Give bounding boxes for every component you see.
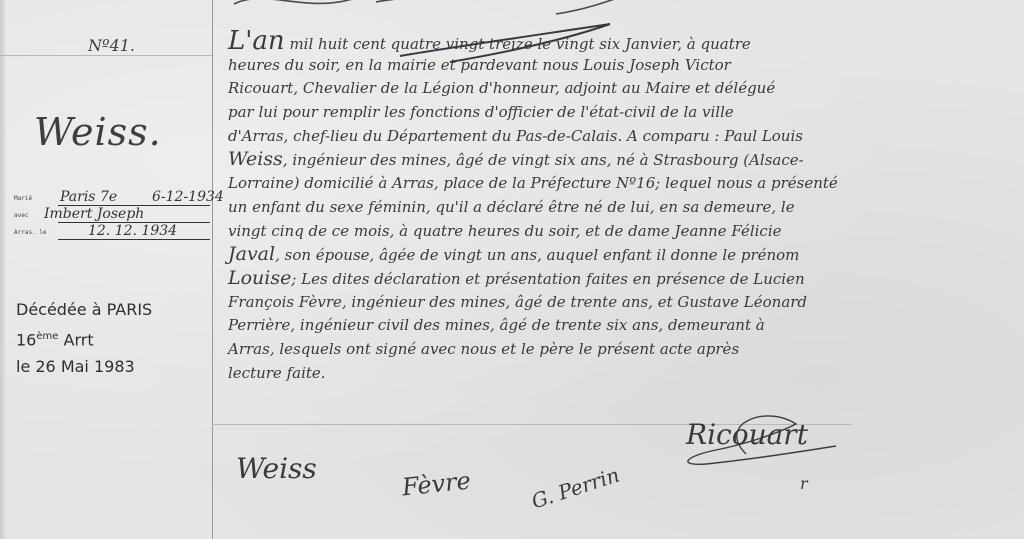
marriage-date: 6-12-1934 (152, 189, 224, 205)
body-line-7: Lorraine) domicilié à Arras, place de la… (228, 172, 1008, 196)
body-line-10: Javal, son épouse, âgée de vingt un ans,… (228, 243, 1008, 267)
marriage-label: Marié (14, 195, 32, 202)
father-surname: Weiss (228, 148, 283, 170)
signature-witness-1: Fèvre (401, 466, 472, 501)
underline (58, 239, 210, 240)
line-text: Arras, lesquels ont signé avec nous et l… (228, 340, 739, 358)
officer-mark: r (800, 474, 808, 493)
line-text: un enfant du sexe féminin, qu'il a décla… (228, 198, 795, 216)
mother-surname: Javal (228, 243, 275, 265)
body-line-6: Weiss, ingénieur des mines, âgé de vingt… (228, 148, 1008, 172)
death-mention: Décédée à PARIS 16ème Arrt le 26 Mai 198… (16, 296, 152, 380)
page-binding-edge (0, 0, 6, 539)
body-line-2: heures du soir, en la mairie et pardevan… (228, 54, 1008, 78)
recorded-row: Arras. le 12. 12. 1934 (14, 224, 210, 241)
death-line-3: le 26 Mai 1983 (16, 353, 152, 380)
margin-guide-line (0, 55, 212, 56)
marriage-row: Marié Paris 7e 6-12-1934 (14, 190, 210, 207)
opening-word: L'an (228, 26, 285, 56)
line-text: , ingénieur des mines, âgé de vingt six … (283, 151, 804, 169)
record-body: L'an mil huit cent quatre vingt treize l… (228, 30, 1008, 385)
body-line-12: François Fèvre, ingénieur des mines, âgé… (228, 291, 1008, 315)
signature-witness-2: G. Perrin (529, 463, 623, 514)
spouse-name: Imbert Joseph (44, 206, 144, 222)
line-text: Lorraine) domicilié à Arras, place de la… (228, 174, 838, 192)
child-given-name: Louise (228, 267, 291, 289)
spouse-row: avec Imbert Joseph (14, 207, 210, 224)
body-line-11: Louise; Les dites déclaration et présent… (228, 267, 1008, 291)
death-line-2: 16ème Arrt (16, 323, 152, 353)
spouse-label: avec (14, 212, 28, 219)
marriage-mention: Marié Paris 7e 6-12-1934 avec Imbert Jos… (14, 190, 210, 241)
margin-rule (212, 0, 213, 539)
body-line-8: un enfant du sexe féminin, qu'il a décla… (228, 196, 1008, 220)
line-text: par lui pour remplir les fonctions d'off… (228, 103, 734, 121)
line-text: vingt cinq de ce mois, à quatre heures d… (228, 222, 782, 240)
recorded-date: 12. 12. 1934 (88, 223, 177, 239)
body-line-14: Arras, lesquels ont signé avec nous et l… (228, 338, 1008, 362)
arrondissement-number: 16 (16, 330, 36, 349)
signature-father: Weiss (236, 452, 317, 485)
body-line-15: lecture faite. (228, 362, 1008, 386)
line-text: , son épouse, âgée de vingt un ans, auqu… (275, 246, 799, 264)
line-text: Ricouart, Chevalier de la Légion d'honne… (228, 79, 775, 97)
body-line-5: d'Arras, chef-lieu du Département du Pas… (228, 125, 1008, 149)
marriage-place: Paris 7e (60, 189, 117, 205)
line-text: François Fèvre, ingénieur des mines, âgé… (228, 293, 807, 311)
acte-number: Nº41. (88, 36, 135, 55)
line-text: lecture faite. (228, 364, 326, 382)
body-line-1: L'an mil huit cent quatre vingt treize l… (228, 30, 1008, 54)
register-page: Nº41. Weiss. Marié Paris 7e 6-12-1934 av… (0, 0, 1024, 539)
line-text: d'Arras, chef-lieu du Département du Pas… (228, 127, 803, 145)
line-text: Perrière, ingénieur civil des mines, âgé… (228, 316, 765, 334)
death-line-1: Décédée à PARIS (16, 296, 152, 323)
body-line-13: Perrière, ingénieur civil des mines, âgé… (228, 314, 1008, 338)
arrondissement-suffix: ème (36, 331, 58, 342)
signature-officer: Ricouart (686, 418, 808, 451)
line-text: ; Les dites déclaration et présentation … (291, 270, 804, 288)
body-line-9: vingt cinq de ce mois, à quatre heures d… (228, 220, 1008, 244)
margin-surname: Weiss. (34, 110, 162, 154)
line-text: mil huit cent quatre vingt treize le vin… (285, 35, 751, 53)
arrondissement-label: Arrt (64, 330, 94, 349)
line-text: heures du soir, en la mairie et pardevan… (228, 56, 731, 74)
body-line-4: par lui pour remplir les fonctions d'off… (228, 101, 1008, 125)
recorded-label: Arras. le (14, 229, 47, 236)
body-line-3: Ricouart, Chevalier de la Légion d'honne… (228, 77, 1008, 101)
